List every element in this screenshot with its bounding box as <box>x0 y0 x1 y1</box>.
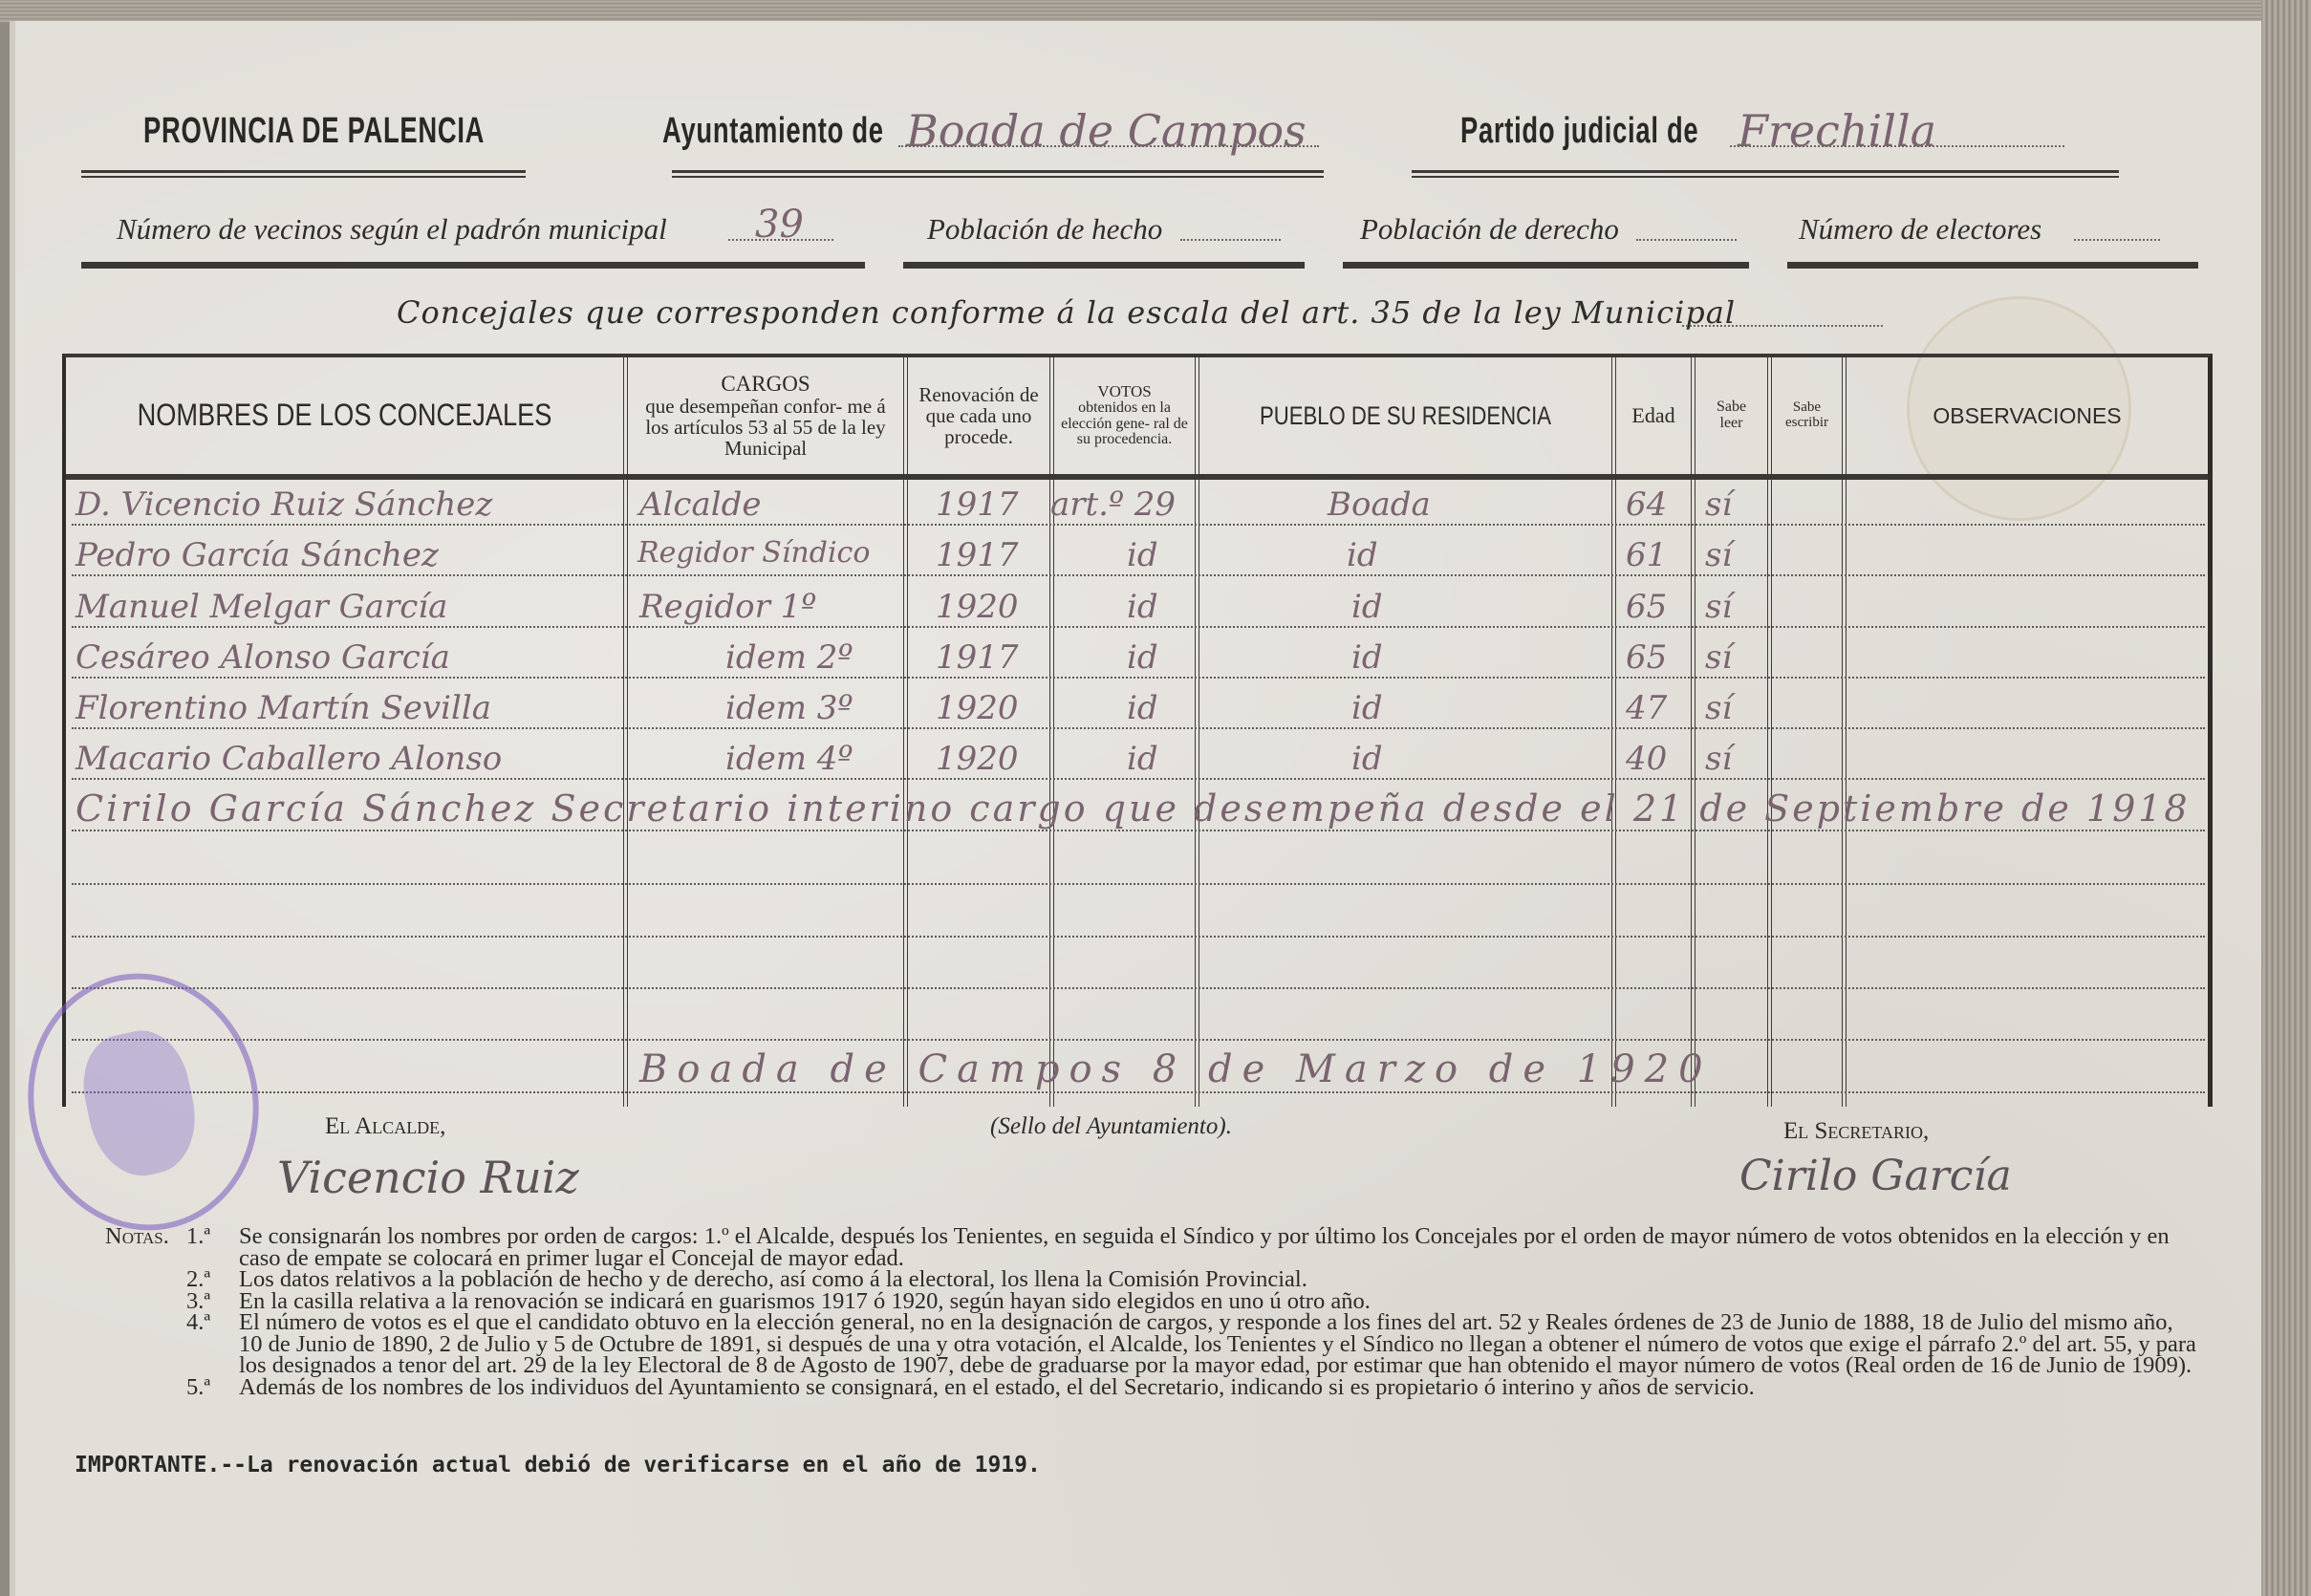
note-item: 5.ª Además de los nombres de los individ… <box>96 1377 2198 1399</box>
cell-sabe-leer: sí <box>1705 689 1732 727</box>
cell-sabe-leer: sí <box>1705 740 1732 778</box>
fill-line <box>1682 325 1883 327</box>
provincia-heading: PROVINCIA DE PALENCIA <box>143 111 485 152</box>
cell-cargo: Regidor 1º <box>639 588 816 626</box>
cell-renovacion: 1917 <box>936 536 1019 574</box>
fill-line <box>1730 145 2064 147</box>
fill-line <box>1180 239 1281 241</box>
cell-sabe-leer: sí <box>1705 588 1732 626</box>
divider <box>1343 262 1749 269</box>
cell-cargo: idem 3º <box>725 689 853 727</box>
ayuntamiento-value: Boada de Campos <box>906 105 1307 157</box>
col-header-cargos: CARGOS que desempeñan confor- me á los a… <box>628 357 903 474</box>
fill-line <box>1636 239 1737 241</box>
vecinos-label: Número de vecinos según el padrón munici… <box>117 212 667 247</box>
col-header-edad: Edad <box>1616 357 1691 474</box>
notes-section: Notas. 1.ª Se consignarán los nombres po… <box>96 1226 2198 1398</box>
partido-value: Frechilla <box>1738 105 1936 157</box>
note-number: 1.ª <box>186 1226 239 1269</box>
row-rule <box>72 987 2205 989</box>
book-page-edge-top <box>0 0 2311 23</box>
partido-label: Partido judicial de <box>1460 111 1698 152</box>
alcalde-label: El Alcalde, <box>325 1113 445 1140</box>
cargos-subtitle: que desempeñan confor- me á los artículo… <box>628 396 903 459</box>
note-text: Además de los nombres de los individuos … <box>239 1377 2198 1399</box>
divider <box>81 170 526 178</box>
row-rule <box>72 1039 2205 1041</box>
cell-votos: id <box>1127 588 1158 626</box>
book-page-edge-right <box>2261 0 2311 1596</box>
row-rule <box>72 524 2205 526</box>
votos-subtitle: obtenidos en la elección gene- ral de su… <box>1054 400 1195 448</box>
notes-label: Notas. <box>96 1226 186 1269</box>
cell-nombre: Macario Caballero Alonso <box>76 740 502 778</box>
cell-pueblo: id <box>1351 740 1383 778</box>
divider <box>1412 170 2119 178</box>
cell-renovacion: 1917 <box>936 485 1019 524</box>
cell-edad: 65 <box>1626 588 1667 626</box>
important-notice: IMPORTANTE.--La renovación actual debió … <box>75 1453 1041 1477</box>
cell-sabe-leer: sí <box>1705 638 1732 677</box>
cell-cargo: idem 4º <box>725 740 853 778</box>
poblacion-derecho-label: Población de derecho <box>1360 212 1619 247</box>
votos-title: VOTOS <box>1097 383 1151 400</box>
cell-renovacion: 1920 <box>936 689 1019 727</box>
cell-votos: id <box>1127 536 1158 574</box>
row-rule <box>72 936 2205 938</box>
note-text: El número de votos es el que el candidat… <box>239 1312 2198 1377</box>
fill-line <box>728 239 833 241</box>
col-header-sabe-escribir: Sabe escribir <box>1772 357 1842 474</box>
cell-edad: 47 <box>1626 689 1667 727</box>
cell-votos: art.º 29 <box>1050 485 1176 524</box>
cell-cargo: Alcalde <box>639 485 762 524</box>
date-row: Boada de Campos 8 de Marzo de 1920 <box>639 1047 1713 1091</box>
note-number: 5.ª <box>186 1377 239 1399</box>
poblacion-hecho-label: Población de hecho <box>927 212 1162 247</box>
concejales-table: NOMBRES DE LOS CONCEJALES CARGOS que des… <box>62 354 2213 1107</box>
concejales-caption: Concejales que corresponden conforme á l… <box>397 294 1736 331</box>
col-header-sabe-leer: Sabe leer <box>1695 357 1767 474</box>
fill-line <box>2074 239 2160 241</box>
cell-renovacion: 1920 <box>936 588 1019 626</box>
electores-label: Número de electores <box>1799 212 2041 247</box>
row-rule <box>72 778 2205 780</box>
cell-nombre: Manuel Melgar García <box>76 588 447 626</box>
secretario-row: Cirilo García Sánchez Secretario interin… <box>76 787 2191 830</box>
col-header-renovacion: Renovación de que cada uno procede. <box>908 357 1049 474</box>
cell-sabe-leer: sí <box>1705 536 1732 574</box>
cell-pueblo: id <box>1347 536 1378 574</box>
col-header-pueblo: PUEBLO DE SU RESIDENCIA <box>1237 357 1574 474</box>
col-header-observaciones: OBSERVACIONES <box>1847 357 2208 474</box>
sello-label: (Sello del Ayuntamiento). <box>990 1113 1232 1140</box>
cell-pueblo: Boada <box>1328 485 1431 524</box>
cell-pueblo: id <box>1351 638 1383 677</box>
cell-pueblo: id <box>1351 689 1383 727</box>
cell-votos: id <box>1127 638 1158 677</box>
cell-cargo: Regidor Síndico <box>637 536 870 570</box>
cell-votos: id <box>1127 689 1158 727</box>
header-rule <box>66 474 2208 480</box>
cell-nombre: Florentino Martín Sevilla <box>76 689 491 727</box>
note-item: 4.ª El número de votos es el que el cand… <box>96 1312 2198 1377</box>
divider <box>903 262 1305 269</box>
row-rule <box>72 626 2205 628</box>
row-rule <box>72 727 2205 729</box>
cell-nombre: D. Vicencio Ruiz Sánchez <box>76 485 492 524</box>
cell-nombre: Cesáreo Alonso García <box>76 638 450 677</box>
divider <box>1787 262 2198 269</box>
cell-cargo: idem 2º <box>725 638 853 677</box>
fill-line <box>898 145 1319 147</box>
row-rule <box>72 1091 2205 1093</box>
cell-edad: 40 <box>1626 740 1667 778</box>
note-number: 4.ª <box>186 1312 239 1377</box>
cell-edad: 61 <box>1626 536 1667 574</box>
alcalde-signature: Vicencio Ruiz <box>277 1152 579 1203</box>
row-rule <box>72 574 2205 576</box>
column-divider <box>1195 357 1199 1107</box>
cell-votos: id <box>1127 740 1158 778</box>
cell-edad: 65 <box>1626 638 1667 677</box>
cell-nombre: Pedro García Sánchez <box>76 536 439 574</box>
cell-renovacion: 1920 <box>936 740 1019 778</box>
note-item: Notas. 1.ª Se consignarán los nombres po… <box>96 1226 2198 1269</box>
row-rule <box>72 677 2205 679</box>
col-header-votos: VOTOS obtenidos en la elección gene- ral… <box>1054 357 1195 474</box>
note-text: Se consignarán los nombres por orden de … <box>239 1226 2198 1269</box>
cell-sabe-leer: sí <box>1705 485 1732 524</box>
cell-pueblo: id <box>1351 588 1383 626</box>
divider <box>672 170 1324 178</box>
col-header-nombres: NOMBRES DE LOS CONCEJALES <box>108 357 582 474</box>
ayuntamiento-label: Ayuntamiento de <box>662 111 884 152</box>
divider <box>81 262 865 269</box>
cell-renovacion: 1917 <box>936 638 1019 677</box>
secretario-signature: Cirilo García <box>1739 1152 2012 1200</box>
cargos-title: CARGOS <box>721 373 810 396</box>
row-rule <box>72 883 2205 885</box>
secretario-label: El Secretario, <box>1783 1118 1929 1145</box>
cell-edad: 64 <box>1626 485 1667 524</box>
row-rule <box>72 830 2205 831</box>
